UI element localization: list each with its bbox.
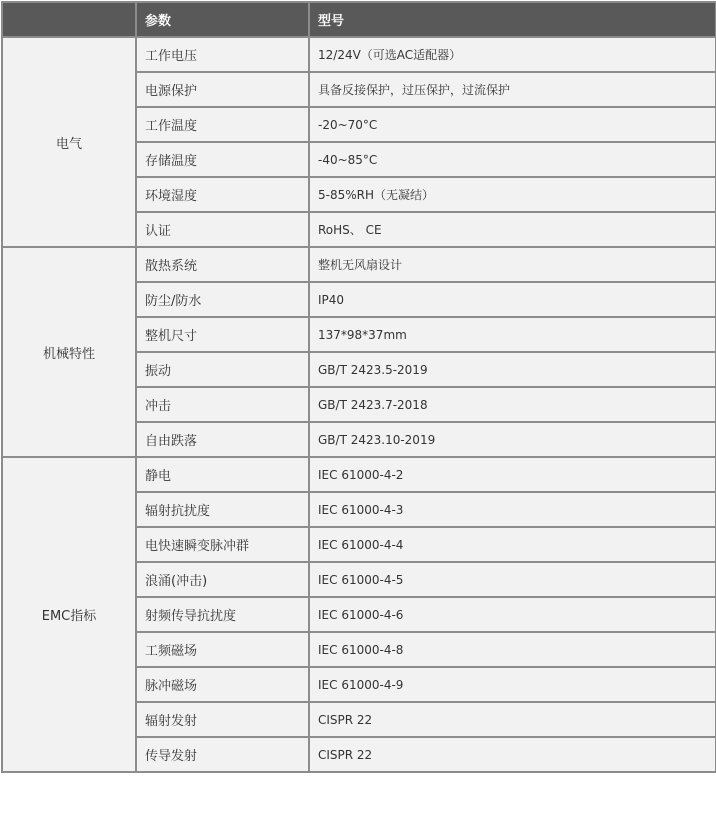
table-row: EMC指标 静电 IEC 61000-4-2 [2, 457, 716, 492]
param-cell: 存储温度 [136, 142, 309, 177]
group-label-emc: EMC指标 [2, 457, 136, 772]
value-cell: IEC 61000-4-3 [309, 492, 716, 527]
value-cell: IEC 61000-4-6 [309, 597, 716, 632]
value-cell: -40~85°C [309, 142, 716, 177]
param-cell: 辐射发射 [136, 702, 309, 737]
param-cell: 工作电压 [136, 37, 309, 72]
value-cell: GB/T 2423.10-2019 [309, 422, 716, 457]
table-row: 电气 工作电压 12/24V（可选AC适配器） [2, 37, 716, 72]
value-cell: 整机无风扇设计 [309, 247, 716, 282]
param-cell: 静电 [136, 457, 309, 492]
value-cell: CISPR 22 [309, 702, 716, 737]
param-cell: 传导发射 [136, 737, 309, 772]
spec-table: 参数 型号 电气 工作电压 12/24V（可选AC适配器） 电源保护 具备反接保… [1, 1, 716, 773]
param-cell: 振动 [136, 352, 309, 387]
value-cell: IEC 61000-4-4 [309, 527, 716, 562]
param-cell: 整机尺寸 [136, 317, 309, 352]
value-cell: 137*98*37mm [309, 317, 716, 352]
value-cell: IP40 [309, 282, 716, 317]
value-cell: 5-85%RH（无凝结） [309, 177, 716, 212]
value-cell: IEC 61000-4-5 [309, 562, 716, 597]
param-cell: 浪涌(冲击) [136, 562, 309, 597]
param-cell: 防尘/防水 [136, 282, 309, 317]
param-cell: 电源保护 [136, 72, 309, 107]
param-cell: 工频磁场 [136, 632, 309, 667]
table-header-row: 参数 型号 [2, 2, 716, 37]
param-cell: 自由跌落 [136, 422, 309, 457]
header-param: 参数 [136, 2, 309, 37]
param-cell: 环境湿度 [136, 177, 309, 212]
value-cell: 具备反接保护，过压保护，过流保护 [309, 72, 716, 107]
group-label-electrical: 电气 [2, 37, 136, 247]
param-cell: 辐射抗扰度 [136, 492, 309, 527]
param-cell: 认证 [136, 212, 309, 247]
param-cell: 冲击 [136, 387, 309, 422]
param-cell: 射频传导抗扰度 [136, 597, 309, 632]
param-cell: 脉冲磁场 [136, 667, 309, 702]
value-cell: -20~70°C [309, 107, 716, 142]
header-group [2, 2, 136, 37]
value-cell: CISPR 22 [309, 737, 716, 772]
value-cell: IEC 61000-4-2 [309, 457, 716, 492]
header-model: 型号 [309, 2, 716, 37]
value-cell: IEC 61000-4-9 [309, 667, 716, 702]
param-cell: 电快速瞬变脉冲群 [136, 527, 309, 562]
value-cell: GB/T 2423.5-2019 [309, 352, 716, 387]
param-cell: 散热系统 [136, 247, 309, 282]
value-cell: RoHS、 CE [309, 212, 716, 247]
value-cell: GB/T 2423.7-2018 [309, 387, 716, 422]
value-cell: IEC 61000-4-8 [309, 632, 716, 667]
table-row: 机械特性 散热系统 整机无风扇设计 [2, 247, 716, 282]
group-label-mechanical: 机械特性 [2, 247, 136, 457]
value-cell: 12/24V（可选AC适配器） [309, 37, 716, 72]
param-cell: 工作温度 [136, 107, 309, 142]
